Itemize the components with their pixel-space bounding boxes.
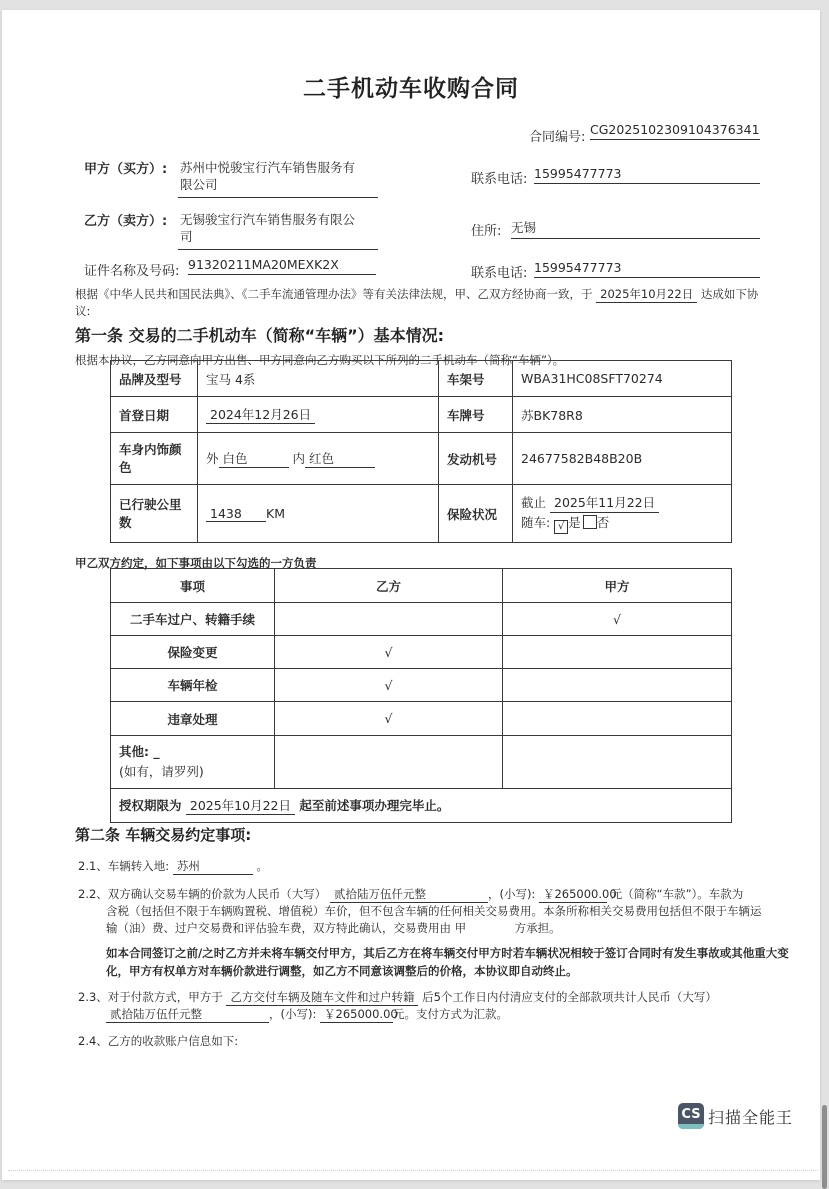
color-label: 车身内饰颜色	[111, 433, 198, 485]
clause-2-2-line3: 输（油）费、过户交易费和评估验车费，双方特此确认，交易费用由 甲方承担。	[106, 920, 561, 936]
color-cell: 外白色 内红色	[198, 433, 439, 485]
vin-label: 车架号	[439, 361, 513, 397]
id-label: 证件名称及号码:	[84, 260, 179, 279]
camscanner-watermark: CS扫描全能王	[678, 1103, 793, 1129]
engine-value: 24677582B48B20B	[513, 433, 732, 485]
interior-prefix: 内	[293, 451, 306, 466]
first-reg-label: 首登日期	[111, 397, 198, 433]
price-lower: ￥265000.00	[539, 886, 607, 903]
insurance-until-prefix: 截止	[521, 495, 546, 510]
first-reg-cell: 2024年12月26日	[198, 397, 439, 433]
clause-2-2-text2: ，(小写):	[488, 887, 535, 901]
clause-2-1-end: 。	[256, 859, 268, 873]
payment-lower: ￥265000.00	[320, 1006, 393, 1023]
clause-2-3-text: 对于付款方式，甲方于	[108, 990, 223, 1004]
auth-suffix: 起至前述事项办理完毕止。	[299, 798, 449, 813]
preamble-line1: 根据《中华人民共和国民法典》、《二手车流通管理办法》等有关法律法规，甲、乙双方经…	[75, 286, 758, 303]
checkbox-no-label: 否	[597, 515, 610, 530]
resp-item: 保险变更	[111, 636, 275, 669]
first-reg-value: 2024年12月26日	[206, 405, 315, 424]
clause-2-2-line3-text: 输（油）费、过户交易费和评估验车费，双方特此确认，交易费用由	[106, 921, 451, 935]
resp-other-hint: (如有，请罗列)	[119, 762, 266, 782]
article2-heading: 第二条 车辆交易约定事项:	[75, 824, 251, 845]
resp-party-b-mark: √	[275, 636, 503, 669]
preamble-line2: 议:	[75, 303, 90, 319]
clause-num: 2.2、	[78, 887, 108, 901]
resp-party-a-mark: √	[503, 603, 732, 636]
mileage-unit: KM	[266, 506, 285, 521]
seller-address-label: 住所:	[471, 220, 501, 239]
clause-num: 2.1、	[78, 859, 108, 873]
clause-2-2-line3-end: 方承担。	[515, 921, 561, 935]
auth-period-cell: 授权期限为 2025年10月22日 起至前述事项办理完毕止。	[111, 789, 732, 823]
seller-address-value: 无锡	[511, 218, 760, 239]
clause-2-4: 2.4、乙方的收款账户信息如下:	[78, 1033, 238, 1049]
clause-num: 2.4、	[78, 1034, 108, 1048]
exterior-prefix: 外	[206, 451, 219, 466]
resp-party-a-mark	[503, 636, 732, 669]
mileage-label: 已行驶公里数	[111, 485, 198, 543]
resp-other-label: 其他: _	[119, 742, 266, 762]
resp-row: 二手车过户、转籍手续 √	[111, 603, 732, 636]
clause-2-2-line1: 2.2、双方确认交易车辆的价款为人民币（大写） 贰拾陆万伍仟元整，(小写): ￥…	[78, 886, 743, 903]
seller-phone-label: 联系电话:	[471, 262, 527, 281]
clause-2-3-text4: 元。支付方式为汇款。	[393, 1007, 508, 1021]
resp-header-party-b: 乙方	[275, 569, 503, 603]
buyer-phone-label: 联系电话:	[471, 168, 527, 187]
resp-other-party-b	[275, 736, 503, 789]
resp-other-cell: 其他: _ (如有，请罗列)	[111, 736, 275, 789]
insurance-label: 保险状况	[439, 485, 513, 543]
contract-no-value: CG2025102309104376341	[590, 122, 760, 140]
resp-item: 违章处理	[111, 702, 275, 736]
vehicle-info-table: 品牌及型号 宝马 4系 车架号 WBA31HC08SFT70274 首登日期 2…	[110, 360, 732, 543]
resp-header-party-a: 甲方	[503, 569, 732, 603]
id-number: 91320211MA20MEXK2X	[188, 257, 376, 275]
clause-2-2-text: 双方确认交易车辆的价款为人民币（大写）	[108, 887, 327, 901]
clause-2-1: 2.1、车辆转入地: 苏州 。	[78, 858, 268, 875]
destination-value: 苏州	[173, 858, 253, 875]
vertical-scrollbar[interactable]	[822, 1105, 827, 1189]
resp-row-other: 其他: _ (如有，请罗列)	[111, 736, 732, 789]
camscanner-logo-icon: CS	[678, 1103, 704, 1129]
insurance-with-car-label: 随车:	[521, 515, 550, 530]
resp-item: 车辆年检	[111, 669, 275, 702]
insurance-cell: 截止 2025年11月22日 随车: √是否	[513, 485, 732, 543]
seller-label: 乙方（卖方）:	[84, 210, 167, 229]
clause-2-2-text3: 元（简称“车款”）。车款为	[611, 887, 744, 901]
checkbox-no[interactable]	[583, 515, 597, 529]
buyer-name-line1: 苏州中悦骏宝行汽车销售服务有	[180, 158, 355, 176]
article1-heading: 第一条 交易的二手机动车（简称“车辆”）基本情况:	[75, 323, 444, 346]
insurance-with-car: 随车: √是否	[521, 513, 723, 534]
resp-party-a-mark	[503, 702, 732, 736]
preamble-text-after: 达成如下协	[701, 287, 759, 301]
buyer-phone-value: 15995477773	[534, 166, 760, 184]
vin-value: WBA31HC08SFT70274	[513, 361, 732, 397]
brand-label: 品牌及型号	[111, 361, 198, 397]
bold-clause: 如本合同签订之前/之时乙方并未将车辆交付甲方，其后乙方在将车辆交付甲方时若车辆状…	[106, 944, 796, 980]
resp-party-b-mark: √	[275, 702, 503, 736]
clause-2-2-line2: 含税（包括但不限于车辆购置税、增值税）车价，但不包含车辆的任何相关交易费用。本条…	[106, 903, 762, 919]
resp-party-b-mark: √	[275, 669, 503, 702]
clause-2-1-label: 车辆转入地:	[108, 859, 169, 873]
payment-upper: 贰拾陆万伍仟元整	[106, 1006, 269, 1023]
clause-2-3-line2: 贰拾陆万伍仟元整，(小写): ￥265000.00元。支付方式为汇款。	[106, 1006, 508, 1023]
insurance-until-date: 2025年11月22日	[550, 493, 659, 513]
clause-2-3-text3: ，(小写):	[269, 1007, 316, 1021]
seller-name-line1: 无锡骏宝行汽车销售服务有限公	[180, 210, 355, 228]
contract-no-label: 合同编号:	[529, 126, 585, 145]
buyer-name-line2: 限公司	[178, 175, 378, 198]
page-title: 二手机动车收购合同	[2, 70, 820, 103]
seller-phone-value: 15995477773	[534, 260, 760, 278]
resp-row: 保险变更 √	[111, 636, 732, 669]
plate-value: 苏BK78R8	[513, 397, 732, 433]
clause-2-4-text: 乙方的收款账户信息如下:	[108, 1034, 238, 1048]
clause-2-3-text2: 后5个工作日内付清应支付的全部款项共计人民币（大写）	[422, 990, 717, 1004]
checkbox-yes-label: 是	[568, 515, 581, 530]
auth-date: 2025年10月22日	[186, 796, 295, 815]
page-bottom-divider	[8, 1170, 818, 1171]
fee-party: 甲	[455, 920, 515, 936]
price-upper: 贰拾陆万伍仟元整	[330, 886, 488, 903]
resp-row: 车辆年检 √	[111, 669, 732, 702]
mileage-cell: 1438KM	[198, 485, 439, 543]
resp-party-a-mark	[503, 669, 732, 702]
checkbox-yes[interactable]: √	[554, 520, 568, 534]
insurance-until: 截止 2025年11月22日	[521, 493, 723, 513]
clause-2-3-line1: 2.3、对于付款方式，甲方于 乙方交付车辆及随车文件和过户转籍 后5个工作日内付…	[78, 989, 717, 1006]
plate-label: 车牌号	[439, 397, 513, 433]
resp-other-party-a	[503, 736, 732, 789]
preamble-date: 2025年10月22日	[596, 286, 697, 303]
clause-num: 2.3、	[78, 990, 108, 1004]
payment-condition: 乙方交付车辆及随车文件和过户转籍	[226, 989, 418, 1006]
resp-item: 二手车过户、转籍手续	[111, 603, 275, 636]
resp-row: 违章处理 √	[111, 702, 732, 736]
preamble-text: 根据《中华人民共和国民法典》、《二手车流通管理办法》等有关法律法规，甲、乙双方经…	[75, 287, 593, 301]
brand-value: 宝马 4系	[198, 361, 439, 397]
seller-name-line2: 司	[178, 227, 378, 250]
resp-party-b-mark	[275, 603, 503, 636]
document-page: 二手机动车收购合同 合同编号: CG2025102309104376341 甲方…	[2, 10, 820, 1180]
auth-prefix: 授权期限为	[119, 798, 182, 813]
interior-color: 红色	[305, 449, 375, 468]
resp-header-item: 事项	[111, 569, 275, 603]
mileage-value: 1438	[206, 506, 266, 522]
engine-label: 发动机号	[439, 433, 513, 485]
exterior-color: 白色	[219, 449, 289, 468]
buyer-label: 甲方（买方）:	[84, 158, 167, 177]
responsibility-table: 事项 乙方 甲方 二手车过户、转籍手续 √ 保险变更 √ 车辆年检 √ 违章处理…	[110, 568, 732, 823]
camscanner-app-name: 扫描全能王	[708, 1108, 793, 1127]
